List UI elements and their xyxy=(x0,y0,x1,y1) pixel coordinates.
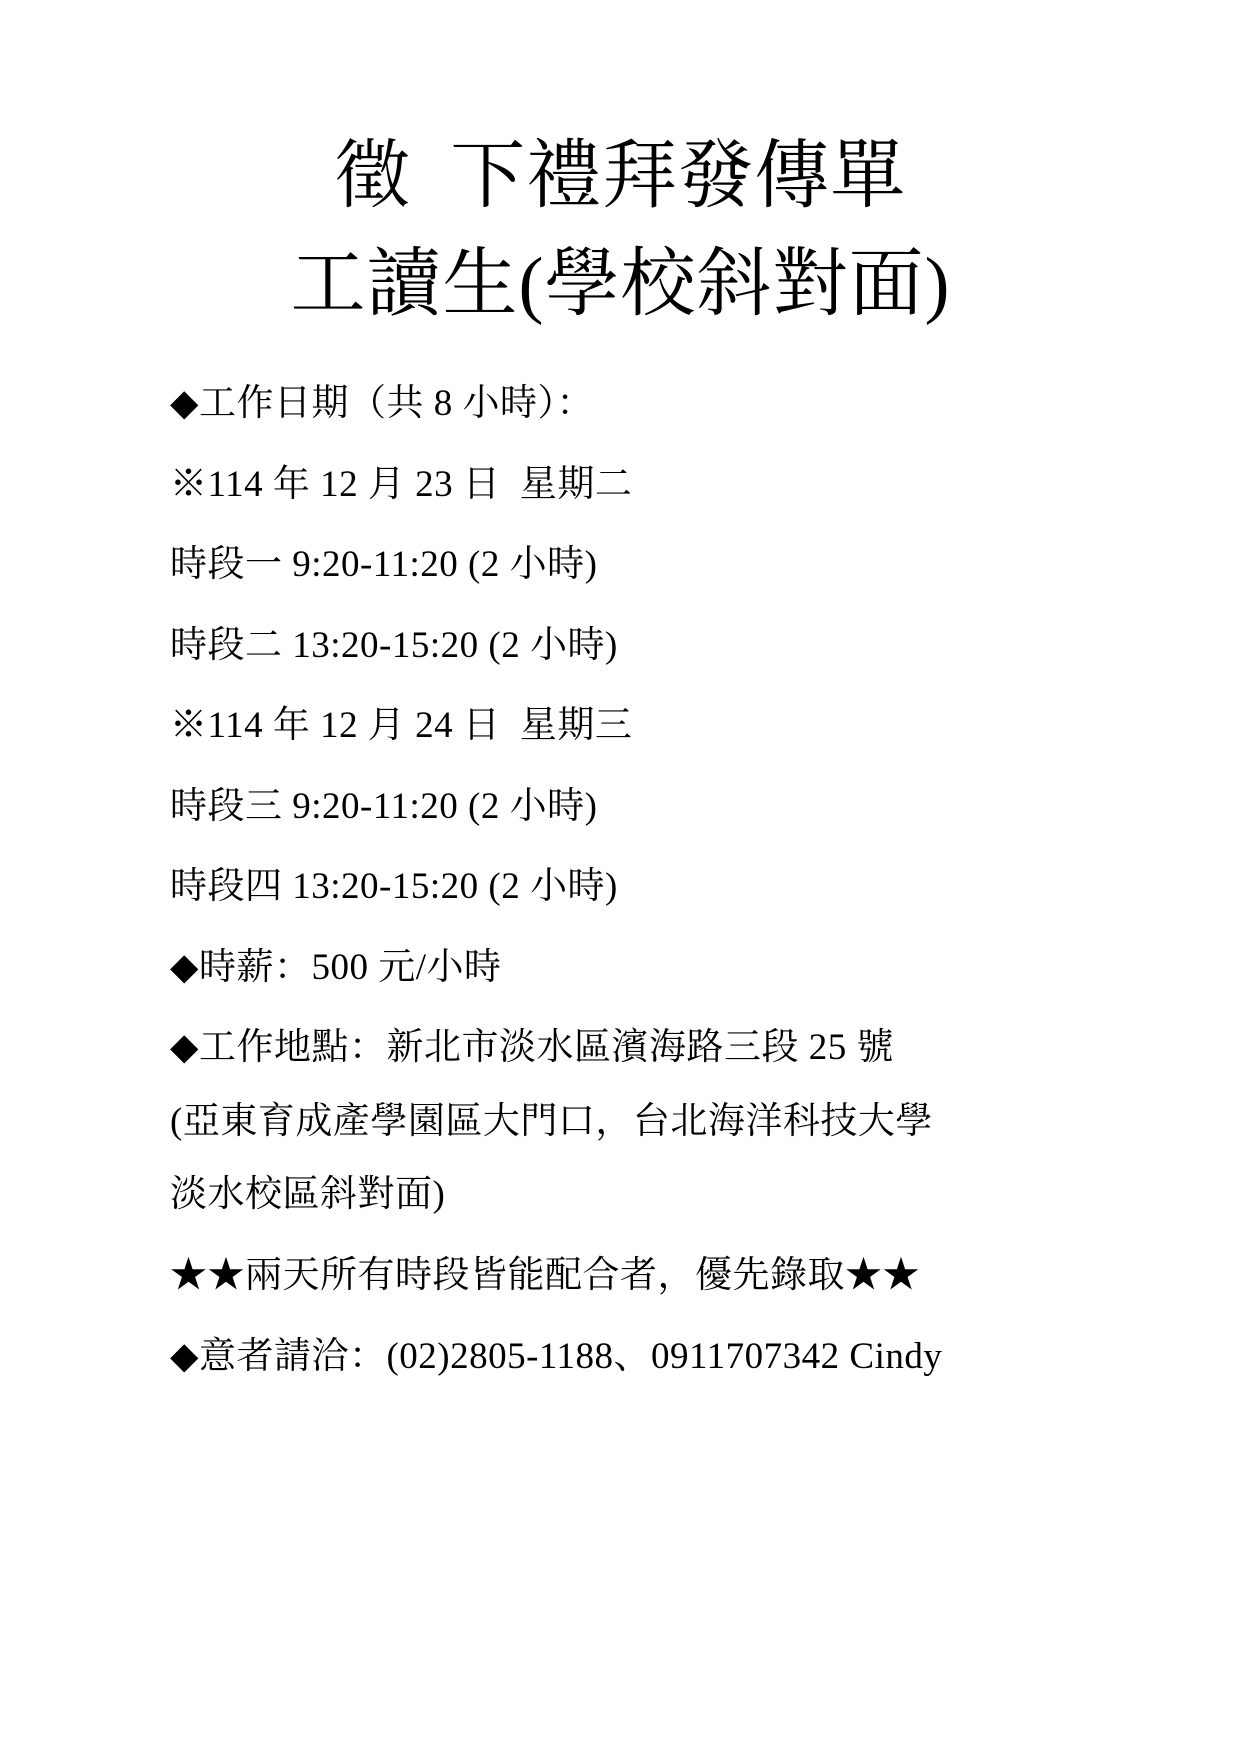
contact-info-line: ◆意者請洽：(02)2805-1188、0911707342 Cindy xyxy=(170,1336,1111,1379)
document-page: 徵 下禮拜發傳單 工讀生(學校斜對面) ◆工作日期（共 8 小時）： ※114 … xyxy=(0,0,1241,1755)
time-slot-3: 時段三 9:20-11:20 (2 小時) xyxy=(170,786,1111,829)
time-slot-2: 時段二 13:20-15:20 (2 小時) xyxy=(170,625,1111,668)
date-line-dec-23: ※114 年 12 月 23 日 星期二 xyxy=(170,464,1111,507)
date-line-dec-24: ※114 年 12 月 24 日 星期三 xyxy=(170,705,1111,748)
location-note-line-2: 淡水校區斜對面) xyxy=(170,1174,1111,1217)
time-slot-4: 時段四 13:20-15:20 (2 小時) xyxy=(170,866,1111,909)
work-date-heading: ◆工作日期（共 8 小時）： xyxy=(170,383,1111,426)
priority-note-line: ★★兩天所有時段皆能配合者，優先錄取★★ xyxy=(170,1255,1111,1298)
hourly-wage-line: ◆時薪：500 元/小時 xyxy=(170,947,1111,990)
flyer-title-line-2: 工讀生(學校斜對面) xyxy=(0,236,1241,334)
time-slot-1: 時段一 9:20-11:20 (2 小時) xyxy=(170,544,1111,587)
work-location-line: ◆工作地點：新北市淡水區濱海路三段 25 號 xyxy=(170,1027,1111,1070)
flyer-body: ◆工作日期（共 8 小時）： ※114 年 12 月 23 日 星期二 時段一 … xyxy=(170,383,1111,1378)
flyer-title-line-1: 徵 下禮拜發傳單 xyxy=(0,128,1241,226)
location-note-line-1: (亞東育成產學園區大門口，台北海洋科技大學 xyxy=(170,1101,1111,1144)
